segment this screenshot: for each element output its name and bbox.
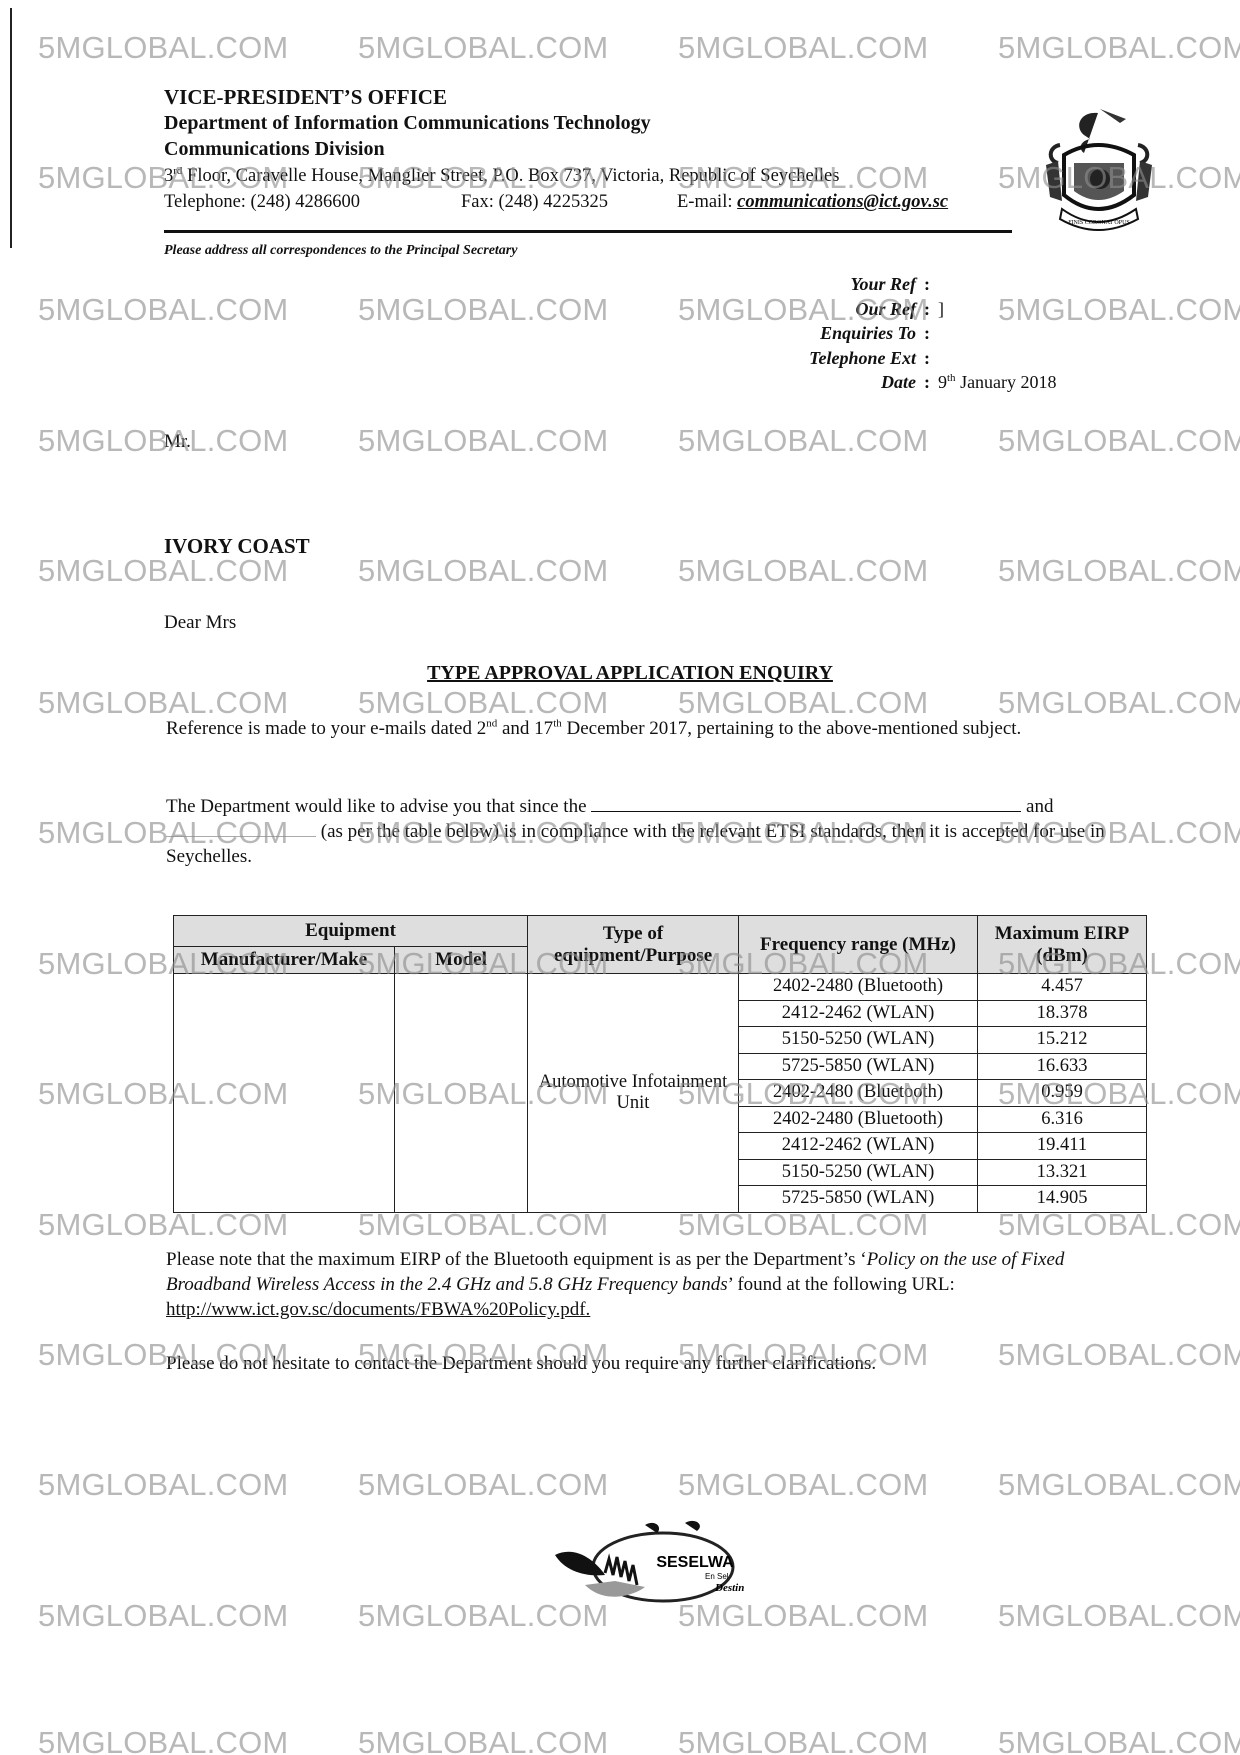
manufacturer-cell xyxy=(174,974,395,1213)
office-name: VICE-PRESIDENT’S OFFICE xyxy=(164,85,447,110)
seychelles-coat-of-arms-icon: FINIS CORONAT OPUS xyxy=(1040,105,1158,235)
eirp-cell: 14.905 xyxy=(978,1186,1147,1213)
watermark-text: 5MGLOBAL.COM xyxy=(998,423,1240,459)
redacted-blank xyxy=(591,797,1021,812)
paragraph-policy: Please note that the maximum EIRP of the… xyxy=(166,1247,1126,1322)
watermark-text: 5MGLOBAL.COM xyxy=(358,423,608,459)
frequency-cell: 5150-5250 (WLAN) xyxy=(739,1027,978,1054)
watermark-text: 5MGLOBAL.COM xyxy=(358,292,608,328)
frequency-cell: 2412-2462 (WLAN) xyxy=(739,1133,978,1160)
frequency-cell: 2402-2480 (Bluetooth) xyxy=(739,974,978,1001)
ref-your-ref: Your Ref: xyxy=(700,274,1100,299)
watermark-text: 5MGLOBAL.COM xyxy=(998,1467,1240,1503)
watermark-text: 5MGLOBAL.COM xyxy=(678,30,928,66)
eirp-cell: 6.316 xyxy=(978,1106,1147,1133)
scan-edge-line xyxy=(10,8,12,248)
recipient-name: Mr. xyxy=(164,431,191,453)
eirp-cell: 18.378 xyxy=(978,1000,1147,1027)
watermark-text: 5MGLOBAL.COM xyxy=(38,30,288,66)
greeting: Dear Mrs xyxy=(164,612,236,634)
eirp-cell: 15.212 xyxy=(978,1027,1147,1054)
watermark-text: 5MGLOBAL.COM xyxy=(678,423,928,459)
watermark-text: 5MGLOBAL.COM xyxy=(678,1725,928,1755)
email-label: E-mail: xyxy=(677,192,737,212)
division-name: Communications Division xyxy=(164,138,385,161)
seselwa-logo-icon: SESELWA En Sel Destin xyxy=(545,1515,765,1615)
address: 3rd Floor, Caravelle House, Manglier Str… xyxy=(164,165,839,187)
svg-text:FINIS CORONAT OPUS: FINIS CORONAT OPUS xyxy=(1068,220,1130,226)
watermark-text: 5MGLOBAL.COM xyxy=(678,1467,928,1503)
correspondence-notice: Please address all correspondences to th… xyxy=(164,243,517,259)
equipment-table: Equipment Type of equipment/Purpose Freq… xyxy=(173,915,1147,1213)
svg-text:Destin: Destin xyxy=(714,1582,744,1594)
recipient-country: IVORY COAST xyxy=(164,534,310,559)
watermark-text: 5MGLOBAL.COM xyxy=(998,1598,1240,1634)
table-row: Automotive Infotainment Unit2402-2480 (B… xyxy=(174,974,1147,1001)
eirp-cell: 19.411 xyxy=(978,1133,1147,1160)
ref-enquiries-to: Enquiries To: xyxy=(700,323,1100,348)
watermark-text: 5MGLOBAL.COM xyxy=(358,1725,608,1755)
header-frequency: Frequency range (MHz) xyxy=(739,916,978,974)
header-rule xyxy=(164,230,1012,233)
type-cell: Automotive Infotainment Unit xyxy=(528,974,739,1213)
header-equipment: Equipment xyxy=(174,916,528,947)
watermark-text: 5MGLOBAL.COM xyxy=(38,292,288,328)
header-eirp: Maximum EIRP (dBm) xyxy=(978,916,1147,974)
header-type: Type of equipment/Purpose xyxy=(528,916,739,974)
frequency-cell: 5725-5850 (WLAN) xyxy=(739,1186,978,1213)
watermark-text: 5MGLOBAL.COM xyxy=(358,1467,608,1503)
frequency-cell: 2402-2480 (Bluetooth) xyxy=(739,1080,978,1107)
watermark-text: 5MGLOBAL.COM xyxy=(998,1725,1240,1755)
model-cell xyxy=(395,974,528,1213)
ref-our-ref: Our Ref:] xyxy=(700,299,1100,324)
svg-text:SESELWA: SESELWA xyxy=(656,1554,734,1571)
fax: Fax: (248) 4225325 xyxy=(461,192,677,213)
watermark-text: 5MGLOBAL.COM xyxy=(678,553,928,589)
header-model: Model xyxy=(395,947,528,974)
watermark-text: 5MGLOBAL.COM xyxy=(998,553,1240,589)
frequency-cell: 5150-5250 (WLAN) xyxy=(739,1159,978,1186)
eirp-cell: 4.457 xyxy=(978,974,1147,1001)
telephone: Telephone: (248) 4286600 xyxy=(164,192,461,213)
watermark-text: 5MGLOBAL.COM xyxy=(38,1598,288,1634)
redacted-blank xyxy=(166,822,316,837)
paragraph-closing: Please do not hesitate to contact the De… xyxy=(166,1351,1126,1376)
email-link[interactable]: communications@ict.gov.sc xyxy=(737,192,948,212)
frequency-cell: 5725-5850 (WLAN) xyxy=(739,1053,978,1080)
watermark-text: 5MGLOBAL.COM xyxy=(358,553,608,589)
ref-telephone-ext: Telephone Ext: xyxy=(700,348,1100,373)
letter-subject: TYPE APPROVAL APPLICATION ENQUIRY xyxy=(0,662,1240,685)
paragraph-compliance: The Department would like to advise you … xyxy=(166,794,1126,869)
eirp-cell: 0.959 xyxy=(978,1080,1147,1107)
watermark-text: 5MGLOBAL.COM xyxy=(998,30,1240,66)
department-name: Department of Information Communications… xyxy=(164,112,651,135)
frequency-cell: 2402-2480 (Bluetooth) xyxy=(739,1106,978,1133)
eirp-cell: 13.321 xyxy=(978,1159,1147,1186)
paragraph-reference: Reference is made to your e-mails dated … xyxy=(166,716,1126,741)
reference-block: Your Ref: Our Ref:] Enquiries To: Teleph… xyxy=(700,274,1100,397)
watermark-text: 5MGLOBAL.COM xyxy=(38,1725,288,1755)
ref-date: Date:9th January 2018 xyxy=(700,372,1100,397)
frequency-cell: 2412-2462 (WLAN) xyxy=(739,1000,978,1027)
watermark-text: 5MGLOBAL.COM xyxy=(358,30,608,66)
header-manufacturer: Manufacturer/Make xyxy=(174,947,395,974)
contact-line: Telephone: (248) 4286600Fax: (248) 42253… xyxy=(164,192,1014,213)
eirp-cell: 16.633 xyxy=(978,1053,1147,1080)
policy-url-link[interactable]: http://www.ict.gov.sc/documents/FBWA%20P… xyxy=(166,1299,590,1320)
svg-text:En Sel: En Sel xyxy=(705,1572,729,1581)
watermark-text: 5MGLOBAL.COM xyxy=(38,1467,288,1503)
